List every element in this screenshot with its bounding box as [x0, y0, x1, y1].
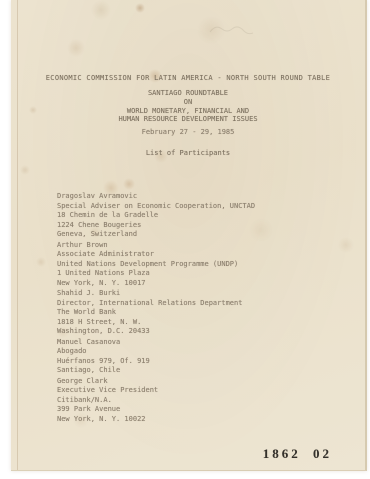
participant-line: Executive Vice President: [57, 386, 355, 396]
participant-line: 1818 H Street, N. W.: [57, 318, 355, 328]
participant-line: Washington, D.C. 20433: [57, 327, 355, 337]
participant-entry: Dragoslav Avramovic Special Adviser on E…: [57, 192, 355, 240]
participant-line: The World Bank: [57, 308, 355, 318]
participant-line: Manuel Casanova: [57, 338, 355, 348]
participant-entry: Shahid J. Burki Director, International …: [57, 289, 355, 337]
title-line: ON: [11, 98, 365, 107]
participant-line: 1 United Nations Plaza: [57, 269, 355, 279]
archive-stamp: 1862 02: [263, 446, 332, 462]
participant-lines: Arthur Brown Associate Administrator Uni…: [57, 241, 355, 289]
participant-line: Director, International Relations Depart…: [57, 299, 355, 309]
title-line: HUMAN RESOURCE DEVELOPMENT ISSUES: [11, 115, 365, 124]
participant-line: Geneva, Switzerland: [57, 230, 355, 240]
participant-line: Special Adviser on Economic Cooperation,…: [57, 202, 355, 212]
participant-line: Citibank/N.A.: [57, 396, 355, 406]
title-line: SANTIAGO ROUNDTABLE: [11, 89, 365, 98]
scan-background: ECONOMIC COMMISSION FOR LATIN AMERICA - …: [0, 0, 370, 479]
participant-line: George Clark: [57, 377, 355, 387]
org-title: ECONOMIC COMMISSION FOR LATIN AMERICA - …: [11, 74, 365, 82]
participant-entry: George Clark Executive Vice President Ci…: [57, 377, 355, 425]
participant-line: 1224 Chene Bougeries: [57, 221, 355, 231]
participant-lines: Manuel Casanova Abogado Huérfanos 979, O…: [57, 338, 355, 376]
participant-lines: Shahid J. Burki Director, International …: [57, 289, 355, 337]
pencil-scribble: [206, 20, 256, 42]
participant-lines: Dragoslav Avramovic Special Adviser on E…: [57, 192, 355, 240]
participant-entry: Manuel Casanova Abogado Huérfanos 979, O…: [57, 338, 355, 376]
participant-line: Dragoslav Avramovic: [57, 192, 355, 202]
participant-line: Shahid J. Burki: [57, 289, 355, 299]
participant-line: Associate Administrator: [57, 250, 355, 260]
participant-entry: Arthur Brown Associate Administrator Uni…: [57, 241, 355, 289]
participant-line: New York, N. Y. 10017: [57, 279, 355, 289]
participant-line: Abogado: [57, 347, 355, 357]
participant-lines: George Clark Executive Vice President Ci…: [57, 377, 355, 425]
participant-line: 399 Park Avenue: [57, 405, 355, 415]
participant-line: Santiago, Chile: [57, 366, 355, 376]
participant-line: Huérfanos 979, Of. 919: [57, 357, 355, 367]
paper-fold-line: [17, 0, 18, 470]
participant-line: 18 Chemin de la Gradelle: [57, 211, 355, 221]
event-date: February 27 - 29, 1985: [11, 128, 365, 136]
participant-line: United Nations Development Programme (UN…: [57, 260, 355, 270]
list-subtitle: List of Participants: [11, 149, 365, 157]
document-page: ECONOMIC COMMISSION FOR LATIN AMERICA - …: [11, 0, 367, 471]
participant-line: New York, N. Y. 10022: [57, 415, 355, 425]
participant-line: Arthur Brown: [57, 241, 355, 251]
roundtable-title: SANTIAGO ROUNDTABLE ON WORLD MONETARY, F…: [11, 89, 365, 124]
participant-list: Dragoslav Avramovic Special Adviser on E…: [57, 192, 355, 425]
title-line: WORLD MONETARY, FINANCIAL AND: [11, 107, 365, 116]
